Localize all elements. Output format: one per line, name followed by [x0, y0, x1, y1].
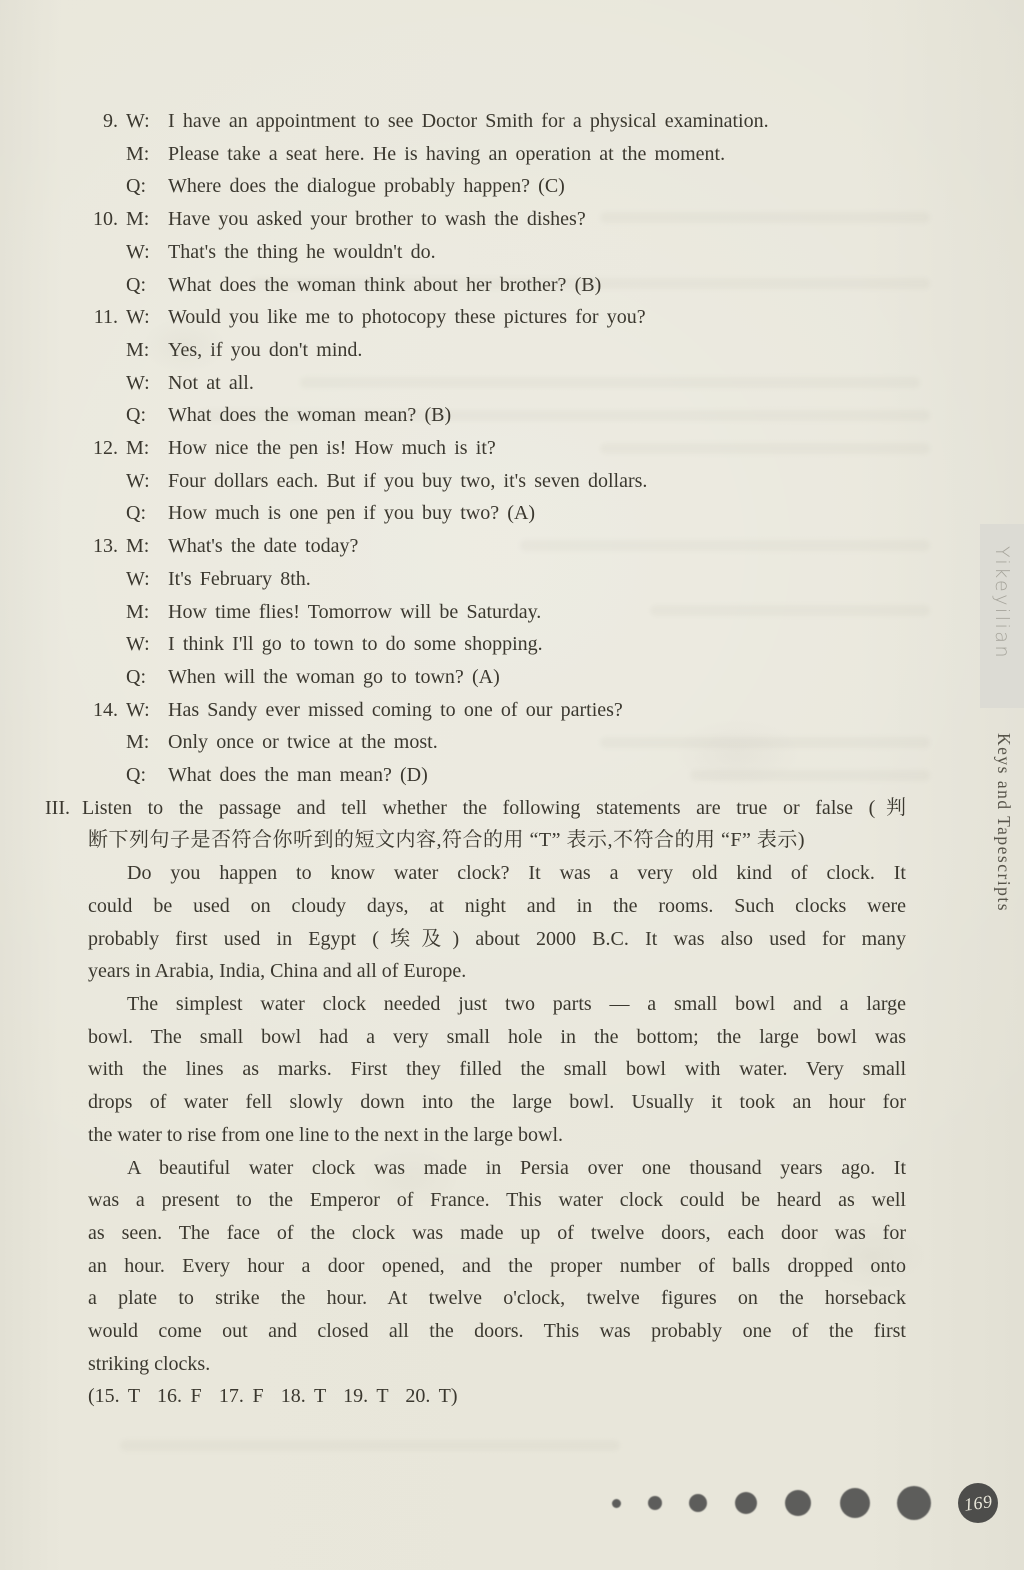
dialogue-text: Where does the dialogue probably happen?…: [168, 170, 906, 203]
dialogue-text: How nice the pen is! How much is it?: [168, 432, 906, 465]
dialogue-row: M:Only once or twice at the most.: [88, 726, 906, 759]
dialogue-row: W:Four dollars each. But if you buy two,…: [88, 465, 906, 498]
dialogue-text: Not at all.: [168, 367, 906, 400]
dialogue-row: Q:Where does the dialogue probably happe…: [88, 170, 906, 203]
speaker-label: Q:: [124, 399, 162, 432]
speaker-label: M:: [124, 530, 162, 563]
section-number: III.: [45, 797, 82, 819]
speaker-label: W:: [124, 236, 162, 269]
dialogue-number: [88, 138, 118, 171]
passage-line: The simplest water clock needed just two…: [88, 988, 906, 1021]
dialogue-number: [88, 661, 118, 694]
dialogue-row: Q:What does the woman mean? (B): [88, 399, 906, 432]
dialogue-text: I have an appointment to see Doctor Smit…: [168, 105, 906, 138]
footer-dot: [735, 1492, 757, 1514]
passage-line: with the lines as marks. First they fill…: [88, 1053, 906, 1086]
dialogue-row: 14.W:Has Sandy ever missed coming to one…: [88, 694, 906, 727]
dialogue-number: [88, 236, 118, 269]
sidebar-section-label: Keys and Tapescripts: [983, 733, 1024, 1003]
tapescript-content: 9.W:I have an appointment to see Doctor …: [88, 105, 906, 1413]
speaker-label: M:: [124, 432, 162, 465]
passage-line: probably first used in Egypt (埃及) about …: [88, 923, 906, 956]
speaker-label: W:: [124, 694, 162, 727]
dialogue-text: Yes, if you don't mind.: [168, 334, 906, 367]
dialogue-number: 14.: [88, 694, 118, 727]
page-number-dot: 169: [958, 1483, 998, 1523]
dialogue-number: [88, 497, 118, 530]
passage-line: a plate to strike the hour. At twelve o'…: [88, 1282, 906, 1315]
speaker-label: W:: [124, 465, 162, 498]
dialogue-text: Four dollars each. But if you buy two, i…: [168, 465, 906, 498]
passage-line: was a present to the Emperor of France. …: [88, 1184, 906, 1217]
dialogue-text: How time flies! Tomorrow will be Saturda…: [168, 596, 906, 629]
speaker-label: Q:: [124, 759, 162, 792]
speaker-label: M:: [124, 596, 162, 629]
page-number: 169: [962, 1491, 993, 1516]
passage-line: bowl. The small bowl had a very small ho…: [88, 1021, 906, 1054]
section-iii-heading: III.Listen to the passage and tell wheth…: [45, 792, 906, 825]
footer-dot: [840, 1488, 870, 1518]
dialogue-number: [88, 628, 118, 661]
passage-line: Do you happen to know water clock? It wa…: [88, 857, 906, 890]
dialogue-number: 10.: [88, 203, 118, 236]
dialogue-number: 12.: [88, 432, 118, 465]
dialogue-row: 11.W:Would you like me to photocopy thes…: [88, 301, 906, 334]
footer-dot: [689, 1494, 707, 1512]
passage-line: could be used on cloudy days, at night a…: [88, 890, 906, 923]
dialogue-row: W:Not at all.: [88, 367, 906, 400]
dialogue-number: [88, 334, 118, 367]
passage-section: Do you happen to know water clock? It wa…: [88, 857, 906, 1380]
dialogue-row: 10.M:Have you asked your brother to wash…: [88, 203, 906, 236]
dialogue-number: [88, 465, 118, 498]
dialogue-number: [88, 563, 118, 596]
footer-dot: [612, 1499, 621, 1508]
dialogue-row: W:That's the thing he wouldn't do.: [88, 236, 906, 269]
footer-dot: [897, 1486, 931, 1520]
dialogue-text: Has Sandy ever missed coming to one of o…: [168, 694, 906, 727]
speaker-label: Q:: [124, 170, 162, 203]
dialogue-number: 11.: [88, 301, 118, 334]
dialogue-number: [88, 269, 118, 302]
dialogue-row: 13.M:What's the date today?: [88, 530, 906, 563]
passage-line: an hour. Every hour a door opened, and t…: [88, 1250, 906, 1283]
footer-dot: [785, 1490, 811, 1516]
speaker-label: Q:: [124, 661, 162, 694]
dialogue-text: I think I'll go to town to do some shopp…: [168, 628, 906, 661]
bleed-through-artifact: [120, 1440, 620, 1451]
dialogue-row: 12.M:How nice the pen is! How much is it…: [88, 432, 906, 465]
dialogue-number: [88, 170, 118, 203]
speaker-label: W:: [124, 367, 162, 400]
dialogue-text: What does the man mean? (D): [168, 759, 906, 792]
dialogue-row: Q:What does the man mean? (D): [88, 759, 906, 792]
dialogue-text: What does the woman mean? (B): [168, 399, 906, 432]
dialogue-number: 9.: [88, 105, 118, 138]
dialogue-row: Q:How much is one pen if you buy two? (A…: [88, 497, 906, 530]
dialogue-text: Please take a seat here. He is having an…: [168, 138, 906, 171]
speaker-label: W:: [124, 301, 162, 334]
speaker-label: M:: [124, 726, 162, 759]
section-heading-text: Listen to the passage and tell whether t…: [82, 797, 906, 819]
passage-line: as seen. The face of the clock was made …: [88, 1217, 906, 1250]
dialogue-text: Have you asked your brother to wash the …: [168, 203, 906, 236]
dialogue-row: W:I think I'll go to town to do some sho…: [88, 628, 906, 661]
passage-line: the water to rise from one line to the n…: [88, 1119, 906, 1152]
dialogue-text: When will the woman go to town? (A): [168, 661, 906, 694]
dialogue-row: W:It's February 8th.: [88, 563, 906, 596]
speaker-label: Q:: [124, 269, 162, 302]
dialogue-text: That's the thing he wouldn't do.: [168, 236, 906, 269]
dialogue-text: Would you like me to photocopy these pic…: [168, 301, 906, 334]
speaker-label: Q:: [124, 497, 162, 530]
passage-line: drops of water fell slowly down into the…: [88, 1086, 906, 1119]
passage-line: striking clocks.: [88, 1348, 906, 1381]
dialogue-row: Q:What does the woman think about her br…: [88, 269, 906, 302]
speaker-label: W:: [124, 628, 162, 661]
dialogue-number: 13.: [88, 530, 118, 563]
sidebar-series-label: Yikeyilian: [980, 546, 1024, 708]
dialogue-number: [88, 596, 118, 629]
dialogue-row: 9.W:I have an appointment to see Doctor …: [88, 105, 906, 138]
dialogue-number: [88, 759, 118, 792]
speaker-label: M:: [124, 138, 162, 171]
dialogue-row: M:Please take a seat here. He is having …: [88, 138, 906, 171]
speaker-label: W:: [124, 105, 162, 138]
dialogue-number: [88, 726, 118, 759]
speaker-label: M:: [124, 203, 162, 236]
dialogue-text: What's the date today?: [168, 530, 906, 563]
passage-line: years in Arabia, India, China and all of…: [88, 955, 906, 988]
dialogue-row: M:Yes, if you don't mind.: [88, 334, 906, 367]
dialogue-row: Q:When will the woman go to town? (A): [88, 661, 906, 694]
dialogue-number: [88, 399, 118, 432]
dialogue-text: How much is one pen if you buy two? (A): [168, 497, 906, 530]
dialogue-section: 9.W:I have an appointment to see Doctor …: [88, 105, 906, 792]
speaker-label: M:: [124, 334, 162, 367]
passage-line: would come out and closed all the doors.…: [88, 1315, 906, 1348]
speaker-label: W:: [124, 563, 162, 596]
dialogue-text: It's February 8th.: [168, 563, 906, 596]
footer-dot: [648, 1496, 662, 1510]
dialogue-number: [88, 367, 118, 400]
section-heading-chinese: 断下列句子是否符合你听到的短文内容,符合的用 “T” 表示,不符合的用 “F” …: [88, 824, 906, 857]
passage-line: A beautiful water clock was made in Pers…: [88, 1152, 906, 1185]
dialogue-text: Only once or twice at the most.: [168, 726, 906, 759]
answer-key-line: (15. T 16. F 17. F 18. T 19. T 20. T): [88, 1380, 906, 1413]
scanned-textbook-page: 9.W:I have an appointment to see Doctor …: [0, 0, 1024, 1570]
dialogue-row: M:How time flies! Tomorrow will be Satur…: [88, 596, 906, 629]
dialogue-text: What does the woman think about her brot…: [168, 269, 906, 302]
